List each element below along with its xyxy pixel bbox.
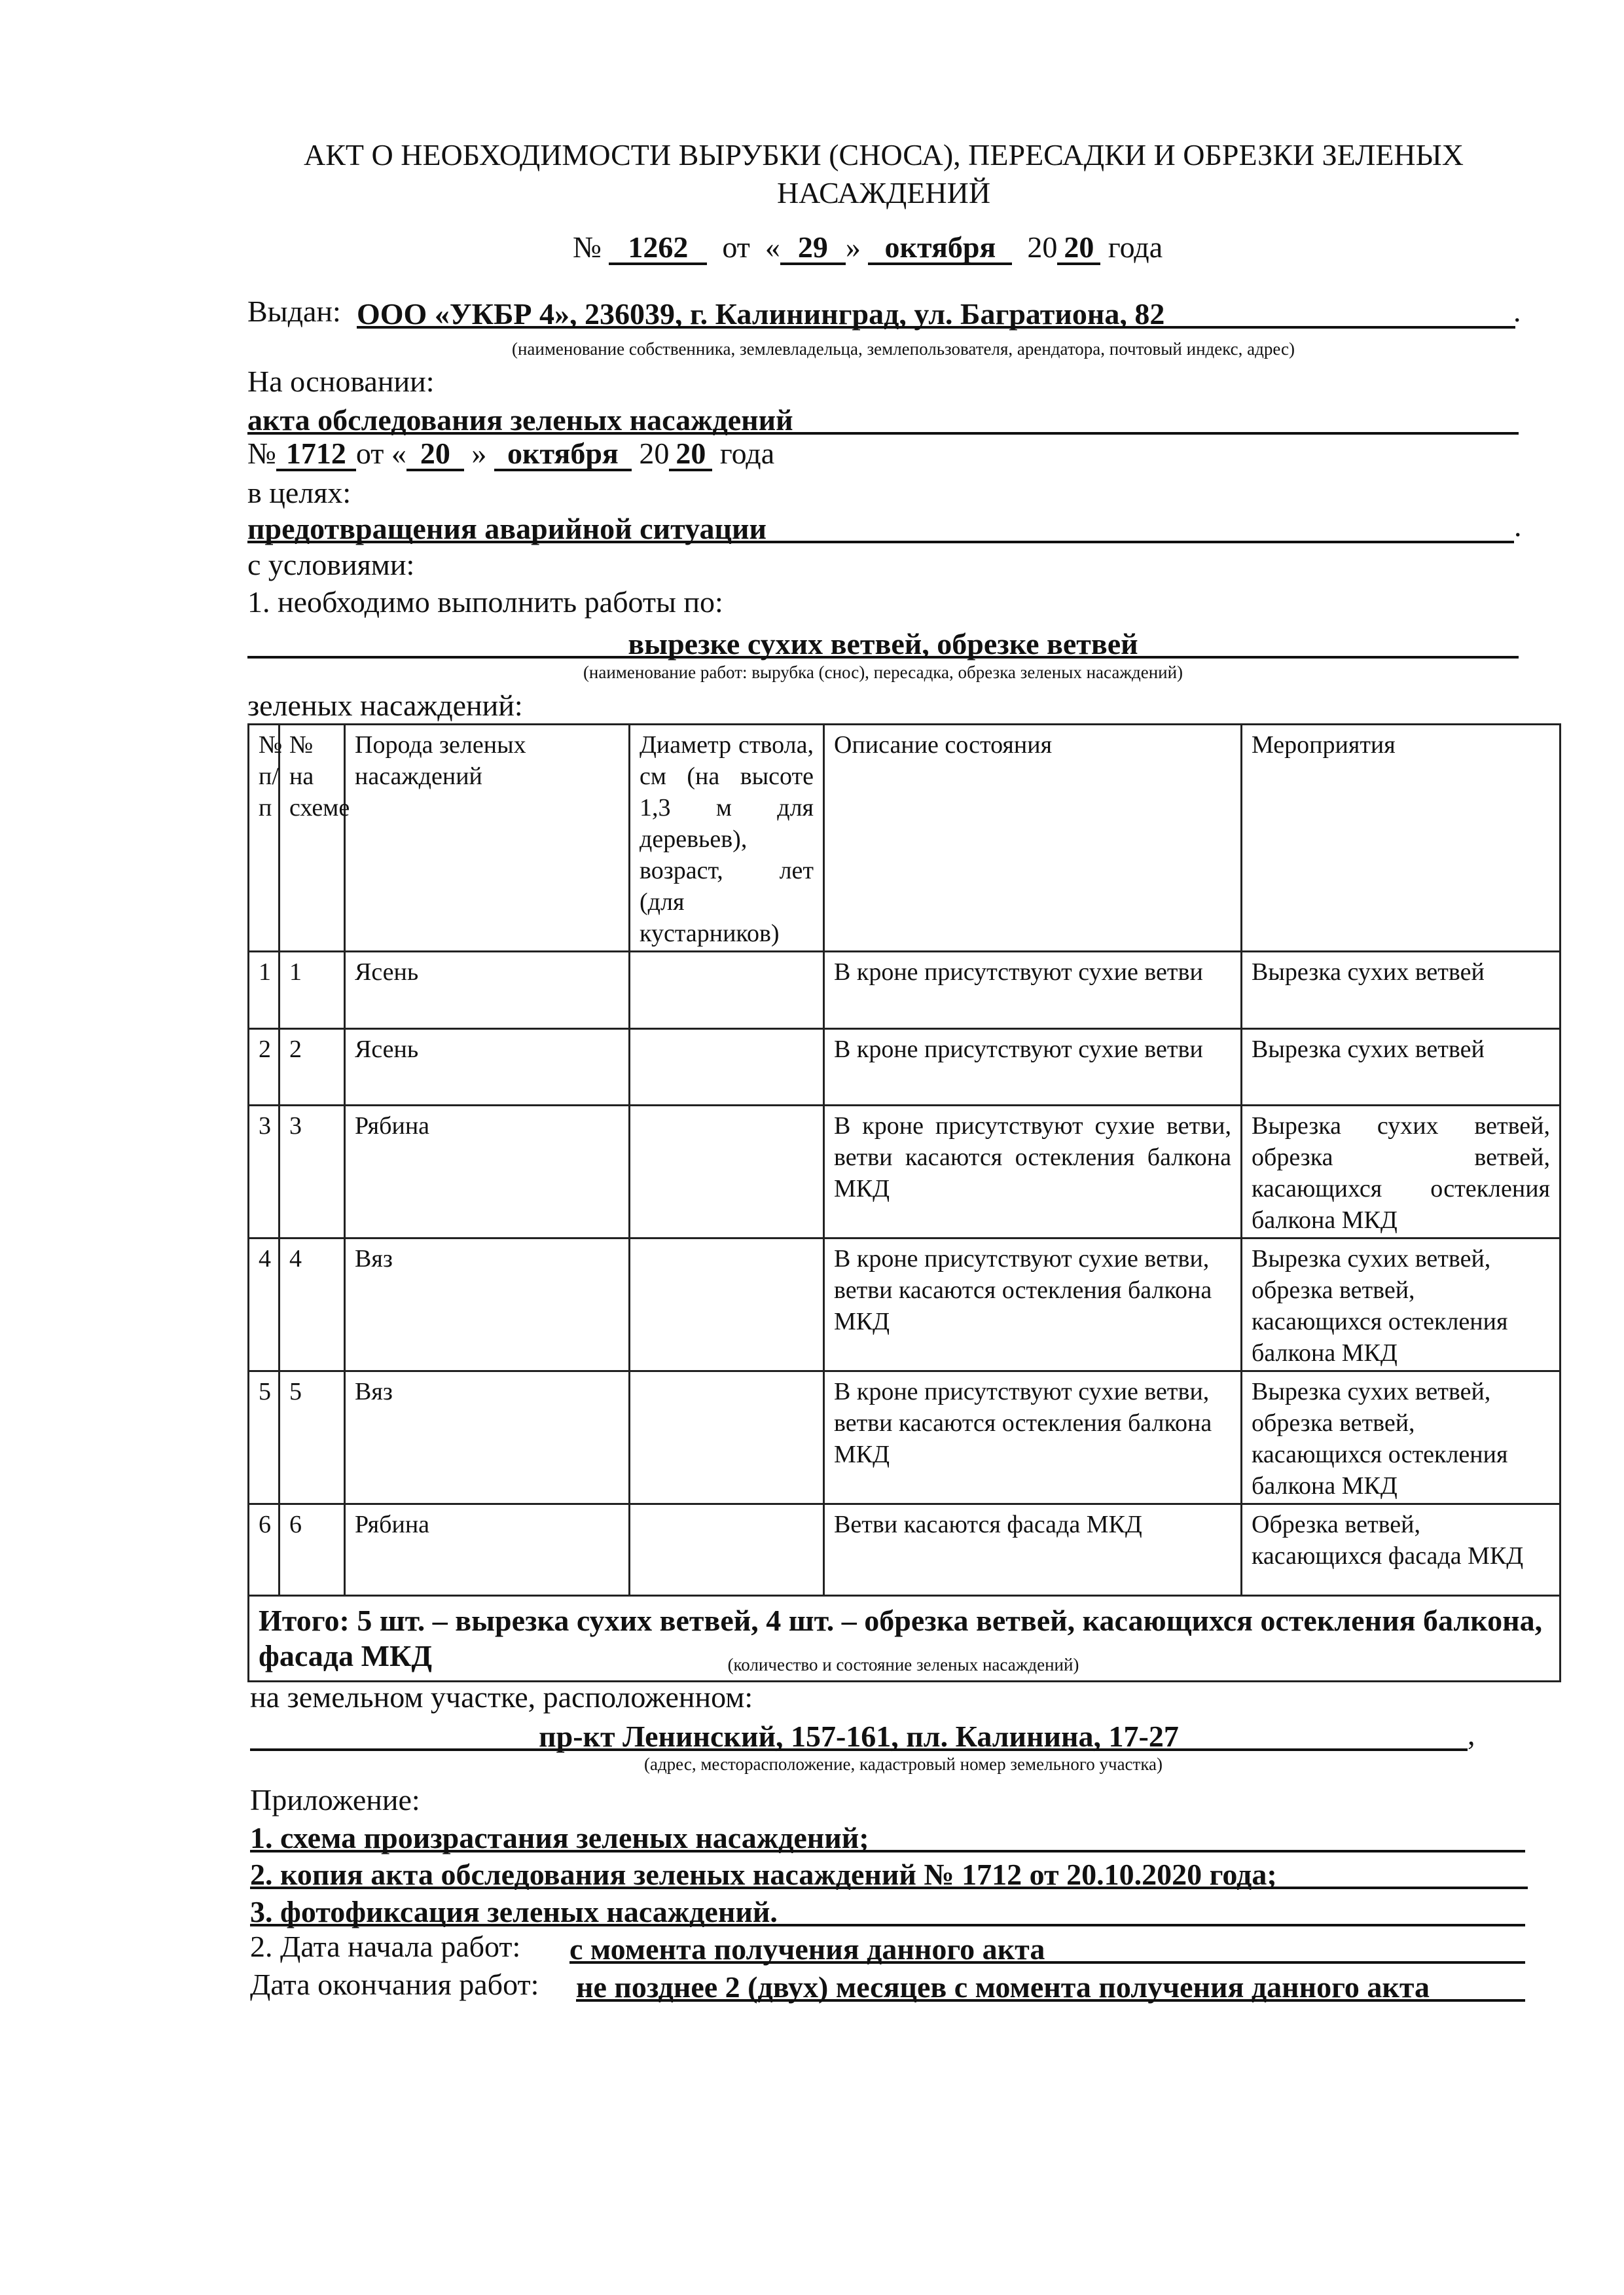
basis-year-prefix: 20 [639, 437, 669, 470]
cell-diameter [630, 1371, 824, 1504]
act-number-line: № 1262 от «29» октября 2020 года [573, 229, 1163, 266]
cell-species: Рябина [345, 1504, 630, 1596]
cell-state: В кроне присутствуют сухие ветви, ветви … [824, 1106, 1242, 1238]
table-caption: (количество и состояние зеленых насажден… [247, 1655, 1559, 1675]
header-scheme-no: № на схеме [280, 725, 345, 952]
header-diameter: Диаметр ствола, см (на высоте 1,3 м для … [630, 725, 824, 952]
cell-state: В кроне присутствуют сухие ветви [824, 952, 1242, 1029]
cell-scheme: 3 [280, 1106, 345, 1238]
cell-scheme: 6 [280, 1504, 345, 1596]
quote-open: « [765, 230, 780, 264]
issued-value: ООО «УКБР 4», 236039, г. Калининград, ул… [357, 297, 1164, 331]
appendix-item-3: 3. фотофиксация зеленых насаждений. [250, 1894, 1525, 1926]
basis-year-word: года [720, 437, 774, 470]
cell-diameter [630, 1504, 824, 1596]
cell-scheme: 5 [280, 1371, 345, 1504]
works-item-label: 1. необходимо выполнить работы по: [247, 584, 723, 621]
cell-state: В кроне присутствуют сухие ветви, ветви … [824, 1238, 1242, 1371]
cell-action: Вырезка сухих ветвей [1242, 1029, 1561, 1106]
basis-date-from: от « [356, 437, 406, 470]
issued-label: Выдан: [247, 293, 341, 330]
cell-diameter [630, 1029, 824, 1106]
basis-quote-close: » [471, 437, 486, 470]
cell-species: Вяз [345, 1238, 630, 1371]
start-date-label: 2. Дата начала работ: [250, 1928, 520, 1965]
quote-close: » [846, 230, 861, 264]
appendix-item-1: 1. схема произрастания зеленых насаждени… [250, 1820, 1525, 1852]
act-year: 20 [1057, 232, 1100, 265]
cell-n: 1 [249, 952, 280, 1029]
issued-caption: (наименование собственника, землевладель… [247, 339, 1559, 359]
cell-action: Вырезка сухих ветвей, обрезка ветвей, ка… [1242, 1238, 1561, 1371]
cell-diameter [630, 1106, 824, 1238]
basis-number: 1712 [276, 439, 356, 471]
table-row: 2 2 Ясень В кроне присутствуют сухие вет… [249, 1029, 1561, 1106]
table-row: 1 1 Ясень В кроне присутствуют сухие вет… [249, 952, 1561, 1029]
document-title-line2: НАСАЖДЕНИЙ [196, 174, 1571, 212]
cell-scheme: 2 [280, 1029, 345, 1106]
location-label: на земельном участке, расположенном: [250, 1679, 753, 1716]
year-prefix: 20 [1027, 230, 1057, 264]
header-no: № п/п [249, 725, 280, 952]
number-sign: № [573, 230, 602, 264]
start-date-value: с момента получения данного акта [569, 1932, 1045, 1966]
basis-day: 20 [406, 439, 464, 471]
purpose-label: в целях: [247, 475, 351, 511]
header-state: Описание состояния [824, 725, 1242, 952]
cell-species: Ясень [345, 952, 630, 1029]
basis-number-sign: № [247, 437, 276, 470]
cell-n: 3 [249, 1106, 280, 1238]
document-title-line1: АКТ О НЕОБХОДИМОСТИ ВЫРУБКИ (СНОСА), ПЕР… [196, 136, 1571, 174]
works-caption: (наименование работ: вырубка (снос), пер… [247, 662, 1519, 683]
table-row: 3 3 Рябина В кроне присутствуют сухие ве… [249, 1106, 1561, 1238]
appendix-item-2: 2. копия акта обследования зеленых насаж… [250, 1856, 1528, 1889]
end-date-label: Дата окончания работ: [250, 1966, 539, 2003]
act-month: октября [868, 232, 1012, 265]
plantings-table: № п/п № на схеме Порода зеленых насажден… [247, 723, 1561, 1682]
start-date-field: с момента получения данного акта [569, 1931, 1525, 1964]
appendix-item-text: 3. фотофиксация зеленых насаждений. [250, 1895, 778, 1928]
cell-species: Вяз [345, 1371, 630, 1504]
cell-action: Вырезка сухих ветвей, обрезка ветвей, ка… [1242, 1371, 1561, 1504]
year-word: года [1108, 230, 1163, 264]
purpose-field: предотвращения аварийной ситуации [247, 511, 1514, 543]
cell-scheme: 4 [280, 1238, 345, 1371]
header-species: Порода зеленых насаждений [345, 725, 630, 952]
cell-n: 5 [249, 1371, 280, 1504]
cell-species: Рябина [345, 1106, 630, 1238]
cell-state: В кроне присутствуют сухие ветви [824, 1029, 1242, 1106]
cell-diameter [630, 952, 824, 1029]
basis-month: октября [494, 439, 632, 471]
green-plantings-label: зеленых насаждений: [247, 687, 523, 724]
cell-diameter [630, 1238, 824, 1371]
appendix-item-text: 2. копия акта обследования зеленых насаж… [250, 1858, 1277, 1891]
cell-n: 6 [249, 1504, 280, 1596]
purpose-value: предотвращения аварийной ситуации [247, 512, 767, 545]
basis-value: акта обследования зеленых насаждений [247, 403, 793, 437]
cell-action: Вырезка сухих ветвей, обрезка ветвей, ка… [1242, 1106, 1561, 1238]
basis-field: акта обследования зеленых насаждений [247, 402, 1519, 435]
cell-n: 2 [249, 1029, 280, 1106]
appendix-item-text: 1. схема произрастания зеленых насаждени… [250, 1821, 869, 1854]
basis-label: На основании: [247, 363, 434, 400]
issued-field: ООО «УКБР 4», 236039, г. Калининград, ул… [357, 296, 1515, 329]
location-end-mark: , [1468, 1716, 1475, 1753]
purpose-end-mark: . [1514, 508, 1522, 545]
location-caption: (адрес, месторасположение, кадастровый н… [247, 1754, 1559, 1775]
basis-year: 20 [669, 439, 712, 471]
cell-action: Вырезка сухих ветвей [1242, 952, 1561, 1029]
table-row: 4 4 Вяз В кроне присутствуют сухие ветви… [249, 1238, 1561, 1371]
basis-number-line: №1712от «20 » октября 2020 года [247, 435, 774, 472]
table-row: 5 5 Вяз В кроне присутствуют сухие ветви… [249, 1371, 1561, 1504]
location-value: пр-кт Ленинский, 157-161, пл. Калинина, … [539, 1720, 1179, 1753]
act-day: 29 [780, 232, 846, 265]
table-row: 6 6 Рябина Ветви касаются фасада МКД Обр… [249, 1504, 1561, 1596]
cell-scheme: 1 [280, 952, 345, 1029]
table-header-row: № п/п № на схеме Порода зеленых насажден… [249, 725, 1561, 952]
works-value: вырезке сухих ветвей, обрезке ветвей [628, 627, 1138, 660]
header-action: Мероприятия [1242, 725, 1561, 952]
end-date-field: не позднее 2 (двух) месяцев с момента по… [576, 1969, 1525, 2002]
location-field: пр-кт Ленинский, 157-161, пл. Калинина, … [250, 1718, 1468, 1751]
conditions-label: с условиями: [247, 547, 414, 583]
issued-end-mark: . [1513, 293, 1521, 330]
cell-action: Обрезка ветвей, касающихся фасада МКД [1242, 1504, 1561, 1596]
appendix-label: Приложение: [250, 1782, 420, 1818]
cell-state: Ветви касаются фасада МКД [824, 1504, 1242, 1596]
cell-state: В кроне присутствуют сухие ветви, ветви … [824, 1371, 1242, 1504]
works-field: вырезке сухих ветвей, обрезке ветвей [247, 626, 1519, 659]
end-date-value: не позднее 2 (двух) месяцев с момента по… [576, 1970, 1430, 2004]
cell-n: 4 [249, 1238, 280, 1371]
act-number: 1262 [609, 232, 707, 265]
date-from-label: от [722, 230, 750, 264]
cell-species: Ясень [345, 1029, 630, 1106]
